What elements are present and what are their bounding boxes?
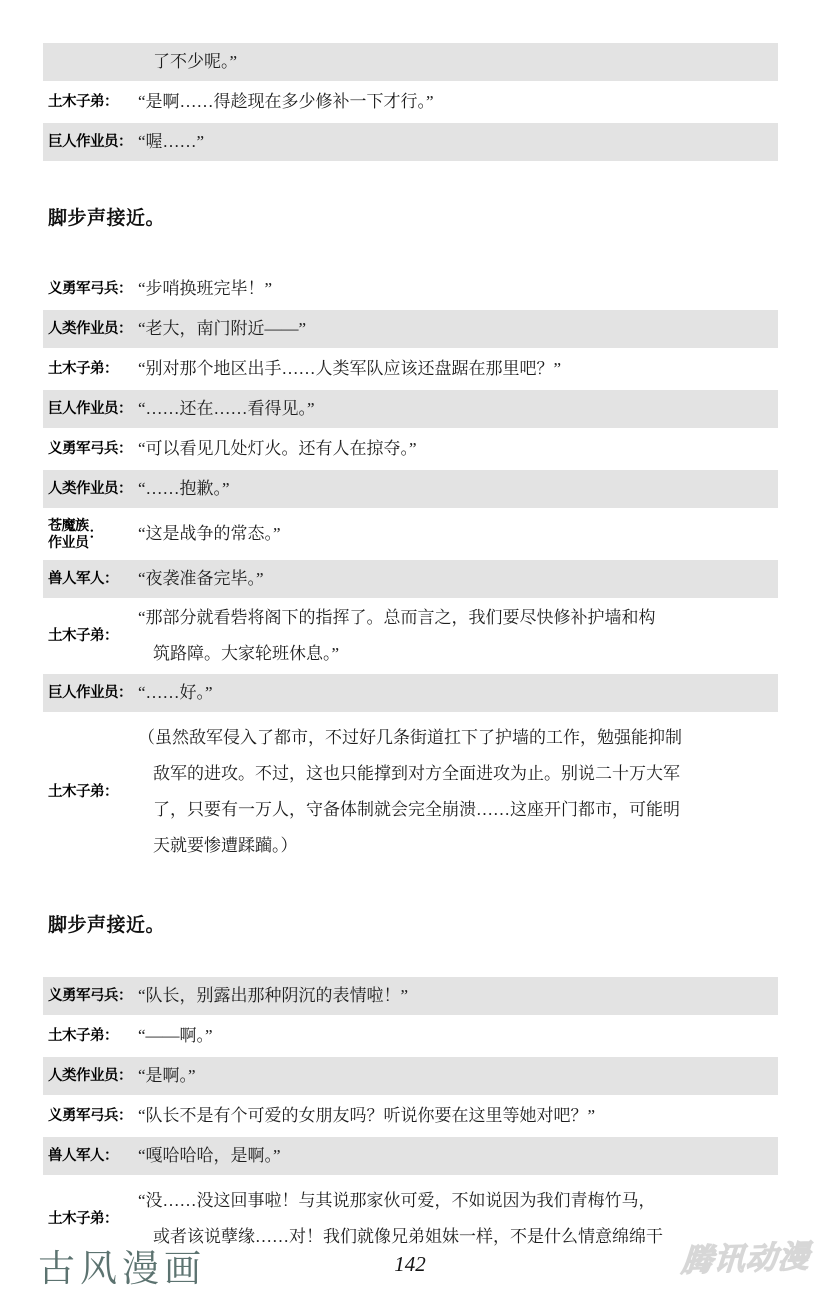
dialogue-row: 兽人军人：“嘎哈哈哈，是啊。”: [43, 1137, 778, 1175]
dialogue-row: 义勇军弓兵：“步哨换班完毕！”: [43, 270, 778, 308]
dialogue-row: 义勇军弓兵：“队长不是有个可爱的女朋友吗？听说你要在这里等她对吧？”: [43, 1097, 778, 1135]
dialogue-row: 土木子弟：（虽然敌军侵入了都市，不过好几条街道扛下了护墙的工作，勉强能抑制 敌军…: [43, 714, 778, 868]
watermark-logo: 腾讯动漫: [680, 1231, 812, 1280]
speaker-colon: ：: [118, 675, 132, 711]
speaker-name: 土木子弟：: [43, 618, 138, 654]
speaker-colon: ：: [118, 311, 132, 347]
speaker-name-text: 义勇军弓兵: [48, 1108, 118, 1124]
speaker-colon: ：: [118, 391, 132, 427]
dialogue-text: （虽然敌军侵入了都市，不过好几条街道扛下了护墙的工作，勉强能抑制 敌军的进攻。不…: [138, 720, 778, 864]
speaker-name: 苍魔族作业员：: [43, 516, 138, 552]
scene-heading: 脚步声接近。: [48, 201, 778, 237]
dialogue-text: 了不少呢。”: [138, 44, 778, 80]
dialogue-row: 人类作业员：“是啊。”: [43, 1057, 778, 1095]
speaker-name: 义勇军弓兵：: [43, 271, 138, 307]
speaker-name: 巨人作业员：: [43, 124, 138, 160]
dialogue-text: “队长，别露出那种阴沉的表情啦！”: [138, 978, 778, 1014]
speaker-name: 土木子弟：: [43, 774, 138, 810]
speaker-name-text: 巨人作业员: [48, 685, 118, 701]
speaker-colon: ：: [104, 1201, 118, 1237]
dialogue-text: “别对那个地区出手……人类军队应该还盘踞在那里吧？”: [138, 351, 778, 387]
dialogue-row: 了不少呢。”: [43, 43, 778, 81]
dialogue-text: “是啊……得趁现在多少修补一下才行。”: [138, 84, 778, 120]
speaker-name-text: 义勇军弓兵: [48, 988, 118, 1004]
dialogue-row: 巨人作业员：“……还在……看得见。”: [43, 390, 778, 428]
speaker-name-line: 苍魔族: [48, 517, 89, 534]
dialogue-row: 人类作业员：“老大，南门附近——”: [43, 310, 778, 348]
speaker-name-text: 土木子弟: [48, 1211, 104, 1227]
speaker-name: 土木子弟：: [43, 1018, 138, 1054]
speaker-name-line: 作业员: [48, 534, 89, 551]
speaker-colon: ：: [104, 618, 118, 654]
speaker-name-text: 土木子弟: [48, 361, 104, 377]
dialogue-row: 苍魔族作业员：“这是战争的常态。”: [43, 510, 778, 558]
speaker-name: 人类作业员：: [43, 311, 138, 347]
speaker-name: 义勇军弓兵：: [43, 978, 138, 1014]
speaker-name: 土木子弟：: [43, 1201, 138, 1237]
dialogue-text: “……抱歉。”: [138, 471, 778, 507]
dialogue-list: 了不少呢。”土木子弟：“是啊……得趁现在多少修补一下才行。”巨人作业员：“喔………: [43, 43, 778, 1261]
dialogue-text: “是啊。”: [138, 1058, 778, 1094]
dialogue-row: 巨人作业员：“喔……”: [43, 123, 778, 161]
speaker-colon: ：: [104, 774, 118, 810]
speaker-colon: ：: [118, 124, 132, 160]
dialogue-text: “喔……”: [138, 124, 778, 160]
speaker-colon: ：: [104, 351, 118, 387]
speaker-colon: ：: [118, 1098, 132, 1134]
speaker-name-text: 巨人作业员: [48, 401, 118, 417]
speaker-colon: ：: [118, 271, 132, 307]
speaker-name-text: 土木子弟: [48, 784, 104, 800]
speaker-name: 巨人作业员：: [43, 391, 138, 427]
speaker-name: 义勇军弓兵：: [43, 431, 138, 467]
dialogue-text: “步哨换班完毕！”: [138, 271, 778, 307]
dialogue-row: 土木子弟：“别对那个地区出手……人类军队应该还盘踞在那里吧？”: [43, 350, 778, 388]
speaker-name: 土木子弟：: [43, 351, 138, 387]
speaker-name-text: 义勇军弓兵: [48, 281, 118, 297]
speaker-colon: ：: [118, 431, 132, 467]
speaker-name: 兽人军人：: [43, 1138, 138, 1174]
script-page: 了不少呢。”土木子弟：“是啊……得趁现在多少修补一下才行。”巨人作业员：“喔………: [0, 0, 820, 1291]
speaker-colon: ：: [89, 516, 103, 552]
speaker-name-text: 人类作业员: [48, 321, 118, 337]
speaker-name-text: 兽人军人: [48, 571, 104, 587]
dialogue-text: “夜袭准备完毕。”: [138, 561, 778, 597]
speaker-name-text: 巨人作业员: [48, 134, 118, 150]
dialogue-row: 兽人军人：“夜袭准备完毕。”: [43, 560, 778, 598]
dialogue-row: 义勇军弓兵：“可以看见几处灯火。还有人在掠夺。”: [43, 430, 778, 468]
speaker-name-text: 兽人军人: [48, 1148, 104, 1164]
dialogue-text: “——啊。”: [138, 1018, 778, 1054]
speaker-name-text: 人类作业员: [48, 481, 118, 497]
dialogue-text: “老大，南门附近——”: [138, 311, 778, 347]
dialogue-text: “这是战争的常态。”: [138, 516, 778, 552]
dialogue-row: 土木子弟：“——啊。”: [43, 1017, 778, 1055]
speaker-colon: ：: [118, 978, 132, 1014]
dialogue-text: “嘎哈哈哈，是啊。”: [138, 1138, 778, 1174]
speaker-name: 人类作业员：: [43, 471, 138, 507]
speaker-name-text: 土木子弟: [48, 628, 104, 644]
speaker-name: 义勇军弓兵：: [43, 1098, 138, 1134]
speaker-name: 巨人作业员：: [43, 675, 138, 711]
speaker-colon: ：: [104, 561, 118, 597]
dialogue-text: “……还在……看得见。”: [138, 391, 778, 427]
speaker-colon: ：: [118, 471, 132, 507]
speaker-colon: ：: [104, 1018, 118, 1054]
speaker-colon: ：: [104, 84, 118, 120]
dialogue-row: 义勇军弓兵：“队长，别露出那种阴沉的表情啦！”: [43, 977, 778, 1015]
dialogue-row: 人类作业员：“……抱歉。”: [43, 470, 778, 508]
speaker-name-text: 人类作业员: [48, 1068, 118, 1084]
scene-heading: 脚步声接近。: [48, 908, 778, 944]
dialogue-row: 土木子弟：“是啊……得趁现在多少修补一下才行。”: [43, 83, 778, 121]
dialogue-text: “……好。”: [138, 675, 778, 711]
speaker-colon: ：: [104, 1138, 118, 1174]
speaker-name: 人类作业员：: [43, 1058, 138, 1094]
dialogue-text: “队长不是有个可爱的女朋友吗？听说你要在这里等她对吧？”: [138, 1098, 778, 1134]
dialogue-row: 土木子弟：“那部分就看砦将阁下的指挥了。总而言之，我们要尽快修补护墙和构 筑路障…: [43, 600, 778, 672]
speaker-name-text: 土木子弟: [48, 1028, 104, 1044]
speaker-name-text: 义勇军弓兵: [48, 441, 118, 457]
dialogue-row: 巨人作业员：“……好。”: [43, 674, 778, 712]
speaker-name-stacked: 苍魔族作业员: [48, 517, 89, 551]
speaker-name-text: 土木子弟: [48, 94, 104, 110]
speaker-name: 兽人军人：: [43, 561, 138, 597]
dialogue-text: “那部分就看砦将阁下的指挥了。总而言之，我们要尽快修补护墙和构 筑路障。大家轮班…: [138, 600, 778, 672]
speaker-name: 土木子弟：: [43, 84, 138, 120]
dialogue-text: “可以看见几处灯火。还有人在掠夺。”: [138, 431, 778, 467]
speaker-colon: ：: [118, 1058, 132, 1094]
